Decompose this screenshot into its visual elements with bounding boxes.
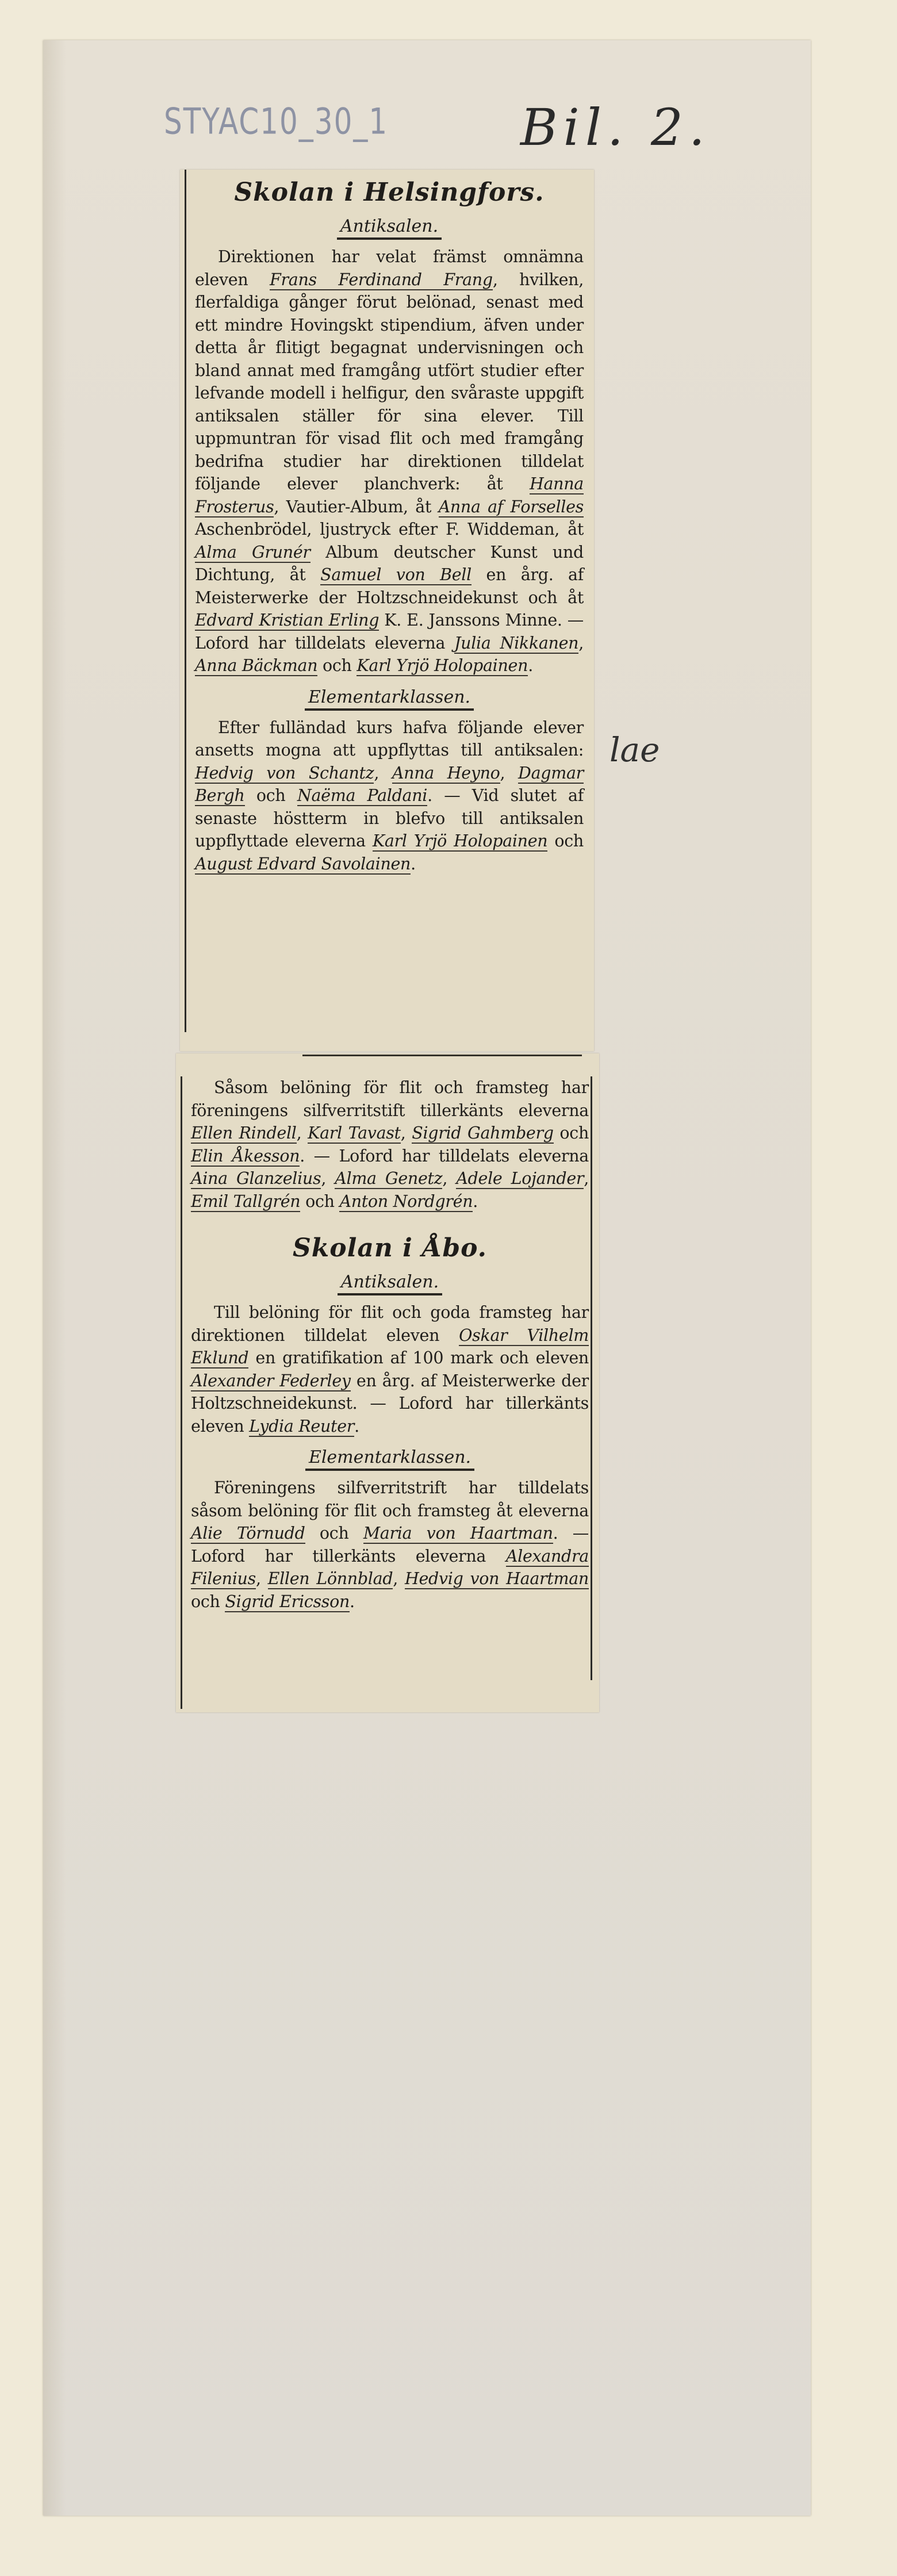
text-run: Efter fulländad kurs hafva följande elev… [195,718,584,760]
student-name: Karl Yrjö Holopainen [373,831,547,852]
student-name: Karl Yrjö Holopainen [356,656,528,676]
archive-code-stamp: STYAC10_30_1 [164,101,388,143]
student-name: Adele Lojander [456,1169,584,1189]
text-run: , hvilken, flerfaldiga gånger förut belö… [195,270,584,494]
margin-note-handwritten: lae [609,730,660,769]
student-name: Anton Nordgrén [339,1192,473,1212]
clipping-column: Såsom belöning för flit och framsteg har… [191,1076,589,1620]
text-run: , [442,1169,456,1188]
text-run: , Vautier-Album, åt [274,497,438,516]
text-run: en gratifikation af 100 mark och eleven [248,1348,589,1367]
headline-helsingfors: Skolan i Helsingfors. [195,174,584,211]
student-name: Hedvig von Schantz [195,764,374,784]
headline-abo: Skolan i Åbo. [191,1230,589,1267]
paragraph: Till belöning för flit och goda framsteg… [191,1301,589,1437]
student-name: Anna Heyno [392,764,500,784]
subhead-elementarklassen: Elementarklassen. [191,1444,589,1471]
paragraph: Efter fulländad kurs hafva följande elev… [195,716,584,876]
paragraph: Såsom belöning för flit och framsteg har… [191,1076,589,1213]
student-name: Maria von Haartman [363,1524,553,1544]
student-name: Sigrid Gahmberg [412,1124,553,1144]
text-run: , [297,1124,308,1143]
paragraph: Föreningens silfverritstrift har tilldel… [191,1477,589,1613]
student-name: Anna Bäckman [195,656,317,676]
text-run: Såsom belöning för flit och framsteg har… [191,1078,589,1120]
text-run: och [305,1524,363,1543]
subhead-elementarklassen: Elementarklassen. [195,684,584,711]
text-run: Aschenbrödel, ljustryck efter F. Widdema… [195,520,584,539]
text-run: , [374,764,392,783]
student-name: Alma Genetz [335,1169,442,1189]
text-run: , [256,1569,268,1588]
text-run: . [528,656,533,675]
student-name: Julia Nikkanen [454,634,578,654]
newspaper-clipping-helsingfors: Skolan i Helsingfors. Antiksalen. Direkt… [180,170,594,1051]
student-name: Ellen Lönnblad [268,1569,393,1589]
subhead-antiksalen: Antiksalen. [191,1269,589,1295]
text-run: , [578,634,584,653]
text-run: . — Loford har tilldelats eleverna [300,1147,589,1166]
clipping-column: Skolan i Helsingfors. Antiksalen. Direkt… [195,174,584,882]
subhead-antiksalen: Antiksalen. [195,213,584,240]
text-run: och [547,831,584,850]
text-run: . [473,1192,478,1211]
newspaper-clipping-abo: Såsom belöning för flit och framsteg har… [176,1053,599,1712]
student-name: Sigrid Ericsson [225,1592,350,1612]
student-name: Karl Tavast [308,1124,401,1144]
student-name: Anna af Forselles [439,497,584,517]
student-name: August Edvard Savolainen [195,854,411,875]
text-run: , [321,1169,335,1188]
student-name: Hedvig von Haartman [405,1569,589,1589]
text-run: , [401,1124,412,1143]
column-rule [185,170,186,1032]
text-run: och [317,656,356,675]
text-run: , [500,764,519,783]
text-run: Föreningens silfverritstrift har tilldel… [191,1478,589,1520]
student-name: Emil Tallgrén [191,1192,300,1212]
student-name: Alie Törnudd [191,1524,305,1544]
text-run: och [554,1124,589,1143]
student-name: Lydia Reuter [249,1417,354,1437]
column-rule [302,1055,582,1056]
student-name: Edvard Kristian Erling [195,611,379,631]
student-name: Naëma Paldani [297,786,427,806]
student-name: Alexander Federley [191,1371,351,1391]
text-run: . [354,1417,359,1436]
student-name: Elin Åkesson [191,1147,300,1167]
student-name: Alma Grunér [195,543,310,563]
student-name: Aina Glanzelius [191,1169,321,1189]
text-run: och [191,1592,225,1611]
text-run: , [393,1569,405,1588]
text-run: . [350,1592,355,1611]
text-run: . [411,854,416,873]
text-run: , [584,1169,589,1188]
student-name: Frans Ferdinand Frang [270,270,493,290]
column-rule [181,1076,182,1709]
attachment-note-handwritten: Bil. 2. [520,98,711,157]
text-run: och [300,1192,339,1211]
paragraph: Direktionen har velat främst omnämna ele… [195,246,584,677]
student-name: Ellen Rindell [191,1124,297,1144]
column-rule [591,1076,592,1680]
text-run: och [245,786,297,805]
student-name: Samuel von Bell [320,565,471,585]
